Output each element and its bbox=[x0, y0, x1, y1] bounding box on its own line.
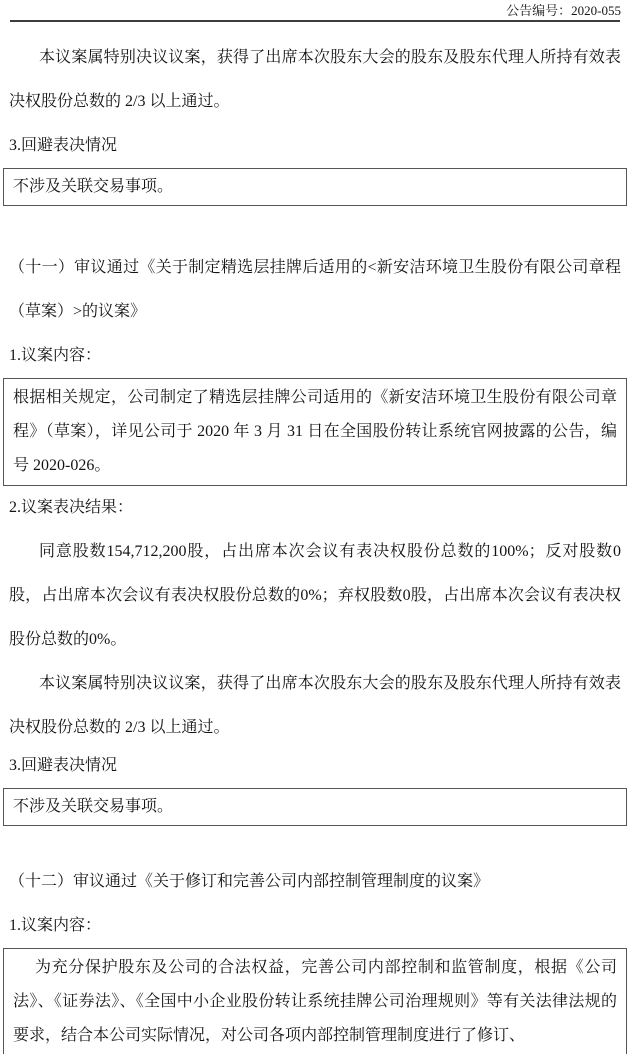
header-divider bbox=[10, 20, 620, 22]
item11-result-paragraph: 同意股数154,712,200股，占出席本次会议有表决权股份总数的100%；反对… bbox=[9, 530, 621, 662]
item12-content-heading: 1.议案内容： bbox=[9, 904, 621, 948]
item11-avoid-box: 不涉及关联交易事项。 bbox=[3, 788, 627, 826]
item11-content-heading: 1.议案内容： bbox=[9, 334, 621, 378]
item11-result-heading: 2.议案表决结果： bbox=[9, 486, 621, 530]
item11-avoid-heading: 3.回避表决情况 bbox=[9, 744, 621, 788]
heading-avoid-vote-top: 3.回避表决情况 bbox=[9, 124, 621, 168]
item11-special-resolution-paragraph: 本议案属特别决议议案，获得了出席本次股东大会的股东及股东代理人所持有效表决权股份… bbox=[9, 662, 621, 750]
item11-content-box: 根据相关规定，公司制定了精选层挂牌公司适用的《新安洁环境卫生股份有限公司章程》（… bbox=[3, 378, 627, 486]
box-no-related-transaction-top: 不涉及关联交易事项。 bbox=[3, 168, 627, 206]
announcement-number: 公告编号：2020-055 bbox=[9, 0, 621, 20]
document-page: 公告编号：2020-055 本议案属特别决议议案，获得了出席本次股东大会的股东及… bbox=[0, 0, 630, 1054]
item12-title: （十二）审议通过《关于修订和完善公司内部控制管理制度的议案》 bbox=[9, 860, 621, 904]
item11-title: （十一）审议通过《关于制定精选层挂牌后适用的<新安洁环境卫生股份有限公司章程（草… bbox=[9, 246, 621, 334]
paragraph-special-resolution-top: 本议案属特别决议议案，获得了出席本次股东大会的股东及股东代理人所持有效表决权股份… bbox=[9, 36, 621, 124]
item12-content-box: 为充分保护股东及公司的合法权益，完善公司内部控制和监管制度，根据《公司法》、《证… bbox=[3, 948, 627, 1054]
